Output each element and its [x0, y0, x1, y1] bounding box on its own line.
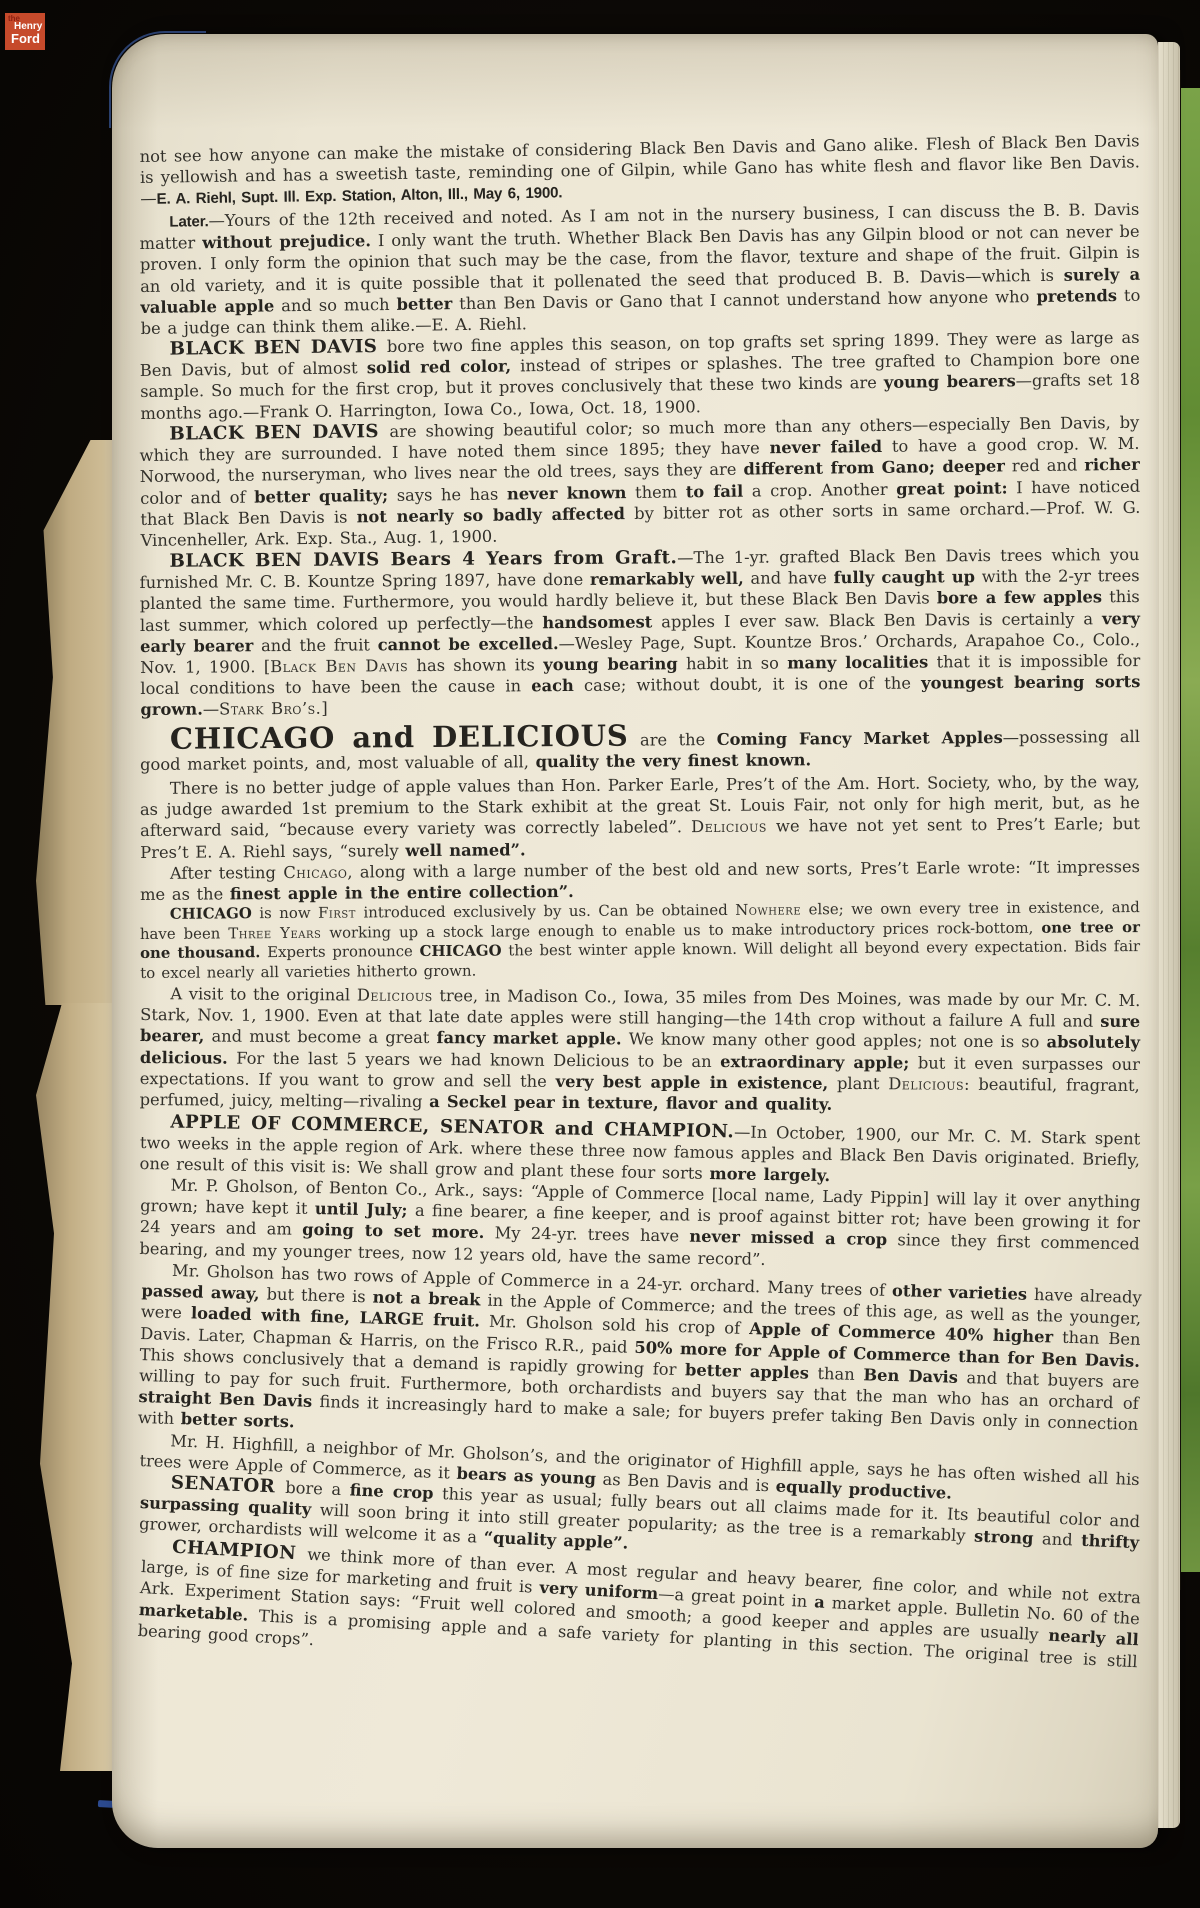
paragraph: not see how anyone can make the mistake … [139, 130, 1140, 210]
paragraph: After testing Chicago, along with a larg… [140, 856, 1140, 905]
text-run: plant [828, 1074, 888, 1093]
text-run: My 24-yr. trees have [484, 1224, 689, 1247]
text-run: not nearly so badly affected [357, 504, 626, 526]
text-run: never missed a crop [689, 1227, 887, 1249]
text-run: better sorts. [181, 1410, 295, 1432]
text-run: not a break [372, 1288, 480, 1310]
logo-ford: Ford [11, 32, 40, 45]
text-run: and [1033, 1529, 1081, 1550]
page-fore-edge [1158, 42, 1180, 1828]
text-run: BLACK BEN DAVIS [169, 336, 387, 360]
text-run: “quality apple”. [483, 1528, 628, 1553]
text-run: young bearers [884, 372, 1016, 393]
paragraph: Mr. P. Gholson, of Benton Co., Ark., say… [139, 1174, 1140, 1276]
text-run: bore a few apples [937, 588, 1102, 608]
text-run: more largely. [709, 1164, 830, 1185]
text-run: Coming Fancy Market Apples [717, 728, 1003, 749]
text-run: going to set more. [302, 1221, 485, 1243]
text-run: until July; [315, 1200, 408, 1221]
text-run: fancy market apple. [436, 1029, 621, 1049]
text-run: says he has [388, 484, 507, 504]
text-run: CHICAGO [420, 942, 502, 961]
text-run: cannot be excelled. [378, 634, 559, 654]
book-page: not see how anyone can make the mistake … [112, 34, 1158, 1848]
text-run: Stark Bro’s. [219, 699, 321, 719]
text-run: many localities [787, 652, 928, 672]
text-run: have already [1027, 1285, 1142, 1307]
text-run: — [203, 700, 219, 719]
text-run: BLACK BEN DAVIS Bears 4 Years from Graft… [169, 547, 677, 572]
text-run: fine crop [349, 1481, 434, 1503]
text-run: passed away, [141, 1281, 260, 1303]
text-run: bore a [285, 1478, 350, 1500]
text-run: very best apple in existence, [556, 1072, 829, 1093]
text-run: Three Years [228, 923, 321, 942]
text-run: Nowhere [735, 900, 801, 918]
text-run: Ben Davis [863, 1365, 958, 1387]
text-run: great point: [896, 478, 1008, 498]
text-run: never failed [769, 437, 882, 457]
text-run: than [809, 1364, 864, 1385]
text-run: are the [629, 730, 717, 750]
henry-ford-logo: the Henry Ford [5, 13, 45, 50]
paragraph: CHICAGO and DELICIOUS are the Coming Fan… [140, 719, 1140, 776]
text-run: a Seckel pear in texture, flavor and qua… [429, 1093, 832, 1115]
text-run: different from Gano; deeper [743, 456, 1005, 478]
text-run: straight Ben Davis [138, 1387, 312, 1411]
text-run: better quality; [254, 485, 388, 506]
paragraph: A visit to the original Delicious tree, … [140, 983, 1141, 1117]
text-run: pretends [1036, 285, 1117, 305]
text-run: finest apple in the entire collection”. [230, 882, 574, 903]
text-run: BLACK BEN DAVIS [169, 421, 389, 445]
text-run: CHICAGO [170, 904, 252, 923]
paragraph: Mr. Gholson has two rows of Apple of Com… [138, 1259, 1142, 1456]
text-run: a crop. Another [743, 479, 896, 500]
text-run: First [318, 904, 356, 922]
paragraph: BLACK BEN DAVIS are showing beautiful co… [139, 411, 1140, 550]
text-run: fully caught up [834, 567, 976, 587]
paragraph: BLACK BEN DAVIS bore two fine apples thi… [139, 327, 1140, 424]
paragraph: CHICAGO is now First introduced exclusiv… [140, 898, 1141, 983]
text-run: to fail [686, 481, 744, 501]
text-run: never known [507, 482, 627, 502]
text-run: them [626, 482, 686, 502]
text-run: quality the very finest known. [535, 751, 811, 772]
text-run: For the last 5 years we had known Delici… [228, 1049, 721, 1071]
text-run: better apples [685, 1360, 809, 1382]
text-run: After testing [170, 863, 283, 883]
corner-blue-edge [109, 31, 206, 128]
text-run: introduced exclusively by us. Can be obt… [356, 901, 735, 922]
text-run: CHICAGO and DELICIOUS [170, 719, 629, 756]
text-run: color and of [140, 487, 254, 507]
text-run: better [396, 294, 452, 314]
text-run: richer [1084, 455, 1140, 475]
text-run: ] [321, 699, 327, 718]
scanned-book-photo: the Henry Ford not see how anyone can ma… [0, 0, 1200, 1908]
text-run: and the fruit [253, 635, 378, 655]
text-run: red and [1005, 456, 1085, 476]
text-run: case; without doubt, it is one of the [574, 674, 921, 695]
text-run: Later. [169, 213, 208, 230]
text-run: remarkably well, [590, 569, 744, 589]
page-text: not see how anyone can make the mistake … [140, 146, 1140, 1641]
text-run: other varieties [892, 1281, 1027, 1304]
text-run: and have [744, 568, 834, 588]
text-run: Delicious [357, 986, 433, 1006]
text-run: A visit to the original [170, 985, 357, 1005]
text-run: but there is [259, 1285, 373, 1307]
next-page-illustration-sliver [1180, 88, 1200, 1572]
text-run: and must become a great [204, 1027, 436, 1048]
text-run: Delicious [691, 817, 767, 837]
text-run: Delicious [888, 1075, 964, 1095]
text-run: Experts pronounce [260, 942, 419, 961]
text-run: each [531, 676, 574, 695]
text-run: young bearing [543, 654, 678, 674]
text-run: handsomest [542, 612, 652, 632]
text-run: is now [252, 904, 318, 922]
text-run: Chicago [283, 862, 347, 881]
text-run: well named”. [405, 840, 525, 860]
text-run: has shown its [408, 655, 543, 675]
text-run: extraordinary apple; [720, 1052, 909, 1072]
text-run: Black Ben Davis [270, 656, 408, 676]
text-run: thrifty [1081, 1531, 1140, 1552]
text-run: habit in so [678, 653, 788, 673]
paragraph: There is no better judge of apple values… [140, 771, 1141, 863]
text-run: without prejudice. [202, 231, 371, 252]
text-run: solid red color, [367, 356, 512, 377]
text-run: strong [974, 1527, 1034, 1548]
paragraph: BLACK BEN DAVIS Bears 4 Years from Graft… [139, 544, 1140, 721]
paragraph: Later.—Yours of the 12th received and no… [139, 198, 1140, 338]
text-run: We know many other good apples; not one … [622, 1030, 1047, 1052]
text-run: apples I ever saw. Black Ben Davis is ce… [652, 609, 1102, 631]
text-run: and so much [274, 294, 396, 314]
text-run: E. A. Riehl, Supt. Ill. Exp. Station, Al… [156, 185, 562, 208]
